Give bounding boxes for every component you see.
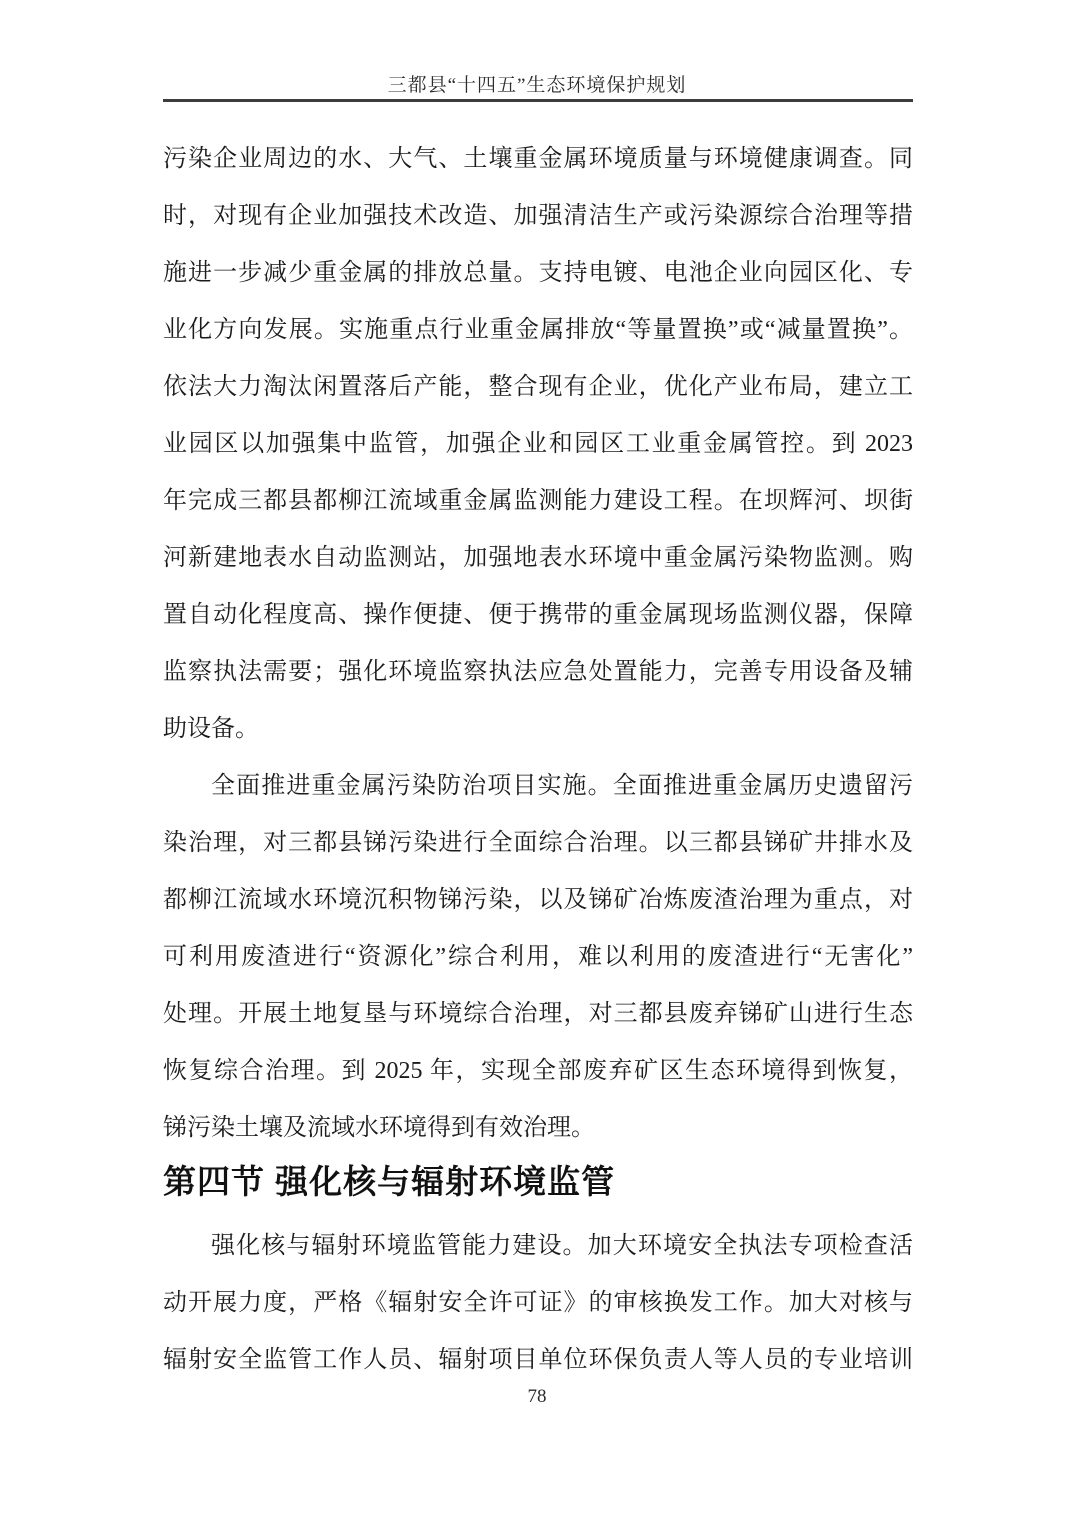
text-line: 辐射安全监管工作人员、辐射项目单位环保负责人等人员的专业培训: [163, 1332, 913, 1389]
text-line-paragraph-end: 锑污染土壤及流域水环境得到有效治理。: [163, 1100, 913, 1157]
text-line: 业园区以加强集中监管，加强企业和园区工业重金属管控。到 2023: [163, 416, 913, 473]
text-line-paragraph-start: 强化核与辐射环境监管能力建设。加大环境安全执法专项检查活: [163, 1218, 913, 1275]
document-page: 三都县“十四五”生态环境保护规划 污染企业周边的水、大气、土壤重金属环境质量与环…: [0, 0, 1074, 1520]
section-heading: 第四节 强化核与辐射环境监管: [163, 1160, 913, 1204]
text-line: 河新建地表水自动监测站，加强地表水环境中重金属污染物监测。购: [163, 530, 913, 587]
last-paragraph-block: 强化核与辐射环境监管能力建设。加大环境安全执法专项检查活 动开展力度，严格《辐射…: [163, 1218, 913, 1389]
text-line: 时，对现有企业加强技术改造、加强清洁生产或污染源综合治理等措: [163, 188, 913, 245]
text-line: 处理。开展土地复垦与环境综合治理，对三都县废弃锑矿山进行生态: [163, 986, 913, 1043]
text-line: 年完成三都县都柳江流域重金属监测能力建设工程。在坝辉河、坝街: [163, 473, 913, 530]
text-line: 污染企业周边的水、大气、土壤重金属环境质量与环境健康调查。同: [163, 131, 913, 188]
text-line: 监察执法需要；强化环境监察执法应急处置能力，完善专用设备及辅: [163, 644, 913, 701]
text-line-paragraph-end: 助设备。: [163, 701, 913, 758]
text-line: 恢复综合治理。到 2025 年，实现全部废弃矿区生态环境得到恢复，: [163, 1043, 913, 1100]
text-line: 染治理，对三都县锑污染进行全面综合治理。以三都县锑矿井排水及: [163, 815, 913, 872]
running-header-title: 三都县“十四五”生态环境保护规划: [0, 70, 1074, 97]
text-line: 都柳江流域水环境沉积物锑污染，以及锑矿冶炼废渣治理为重点，对: [163, 872, 913, 929]
text-line: 置自动化程度高、操作便捷、便于携带的重金属现场监测仪器，保障: [163, 587, 913, 644]
text-line: 施进一步减少重金属的排放总量。支持电镀、电池企业向园区化、专: [163, 245, 913, 302]
main-text-block: 污染企业周边的水、大气、土壤重金属环境质量与环境健康调查。同 时，对现有企业加强…: [163, 131, 913, 1157]
text-line: 动开展力度，严格《辐射安全许可证》的审核换发工作。加大对核与: [163, 1275, 913, 1332]
text-line: 依法大力淘汰闲置落后产能，整合现有企业，优化产业布局，建立工: [163, 359, 913, 416]
page-number: 78: [0, 1386, 1074, 1408]
header-rule: [163, 99, 913, 102]
text-line: 可利用废渣进行“资源化”综合利用，难以利用的废渣进行“无害化”: [163, 929, 913, 986]
text-line: 业化方向发展。实施重点行业重金属排放“等量置换”或“减量置换”。: [163, 302, 913, 359]
text-line-paragraph-start: 全面推进重金属污染防治项目实施。全面推进重金属历史遗留污: [163, 758, 913, 815]
